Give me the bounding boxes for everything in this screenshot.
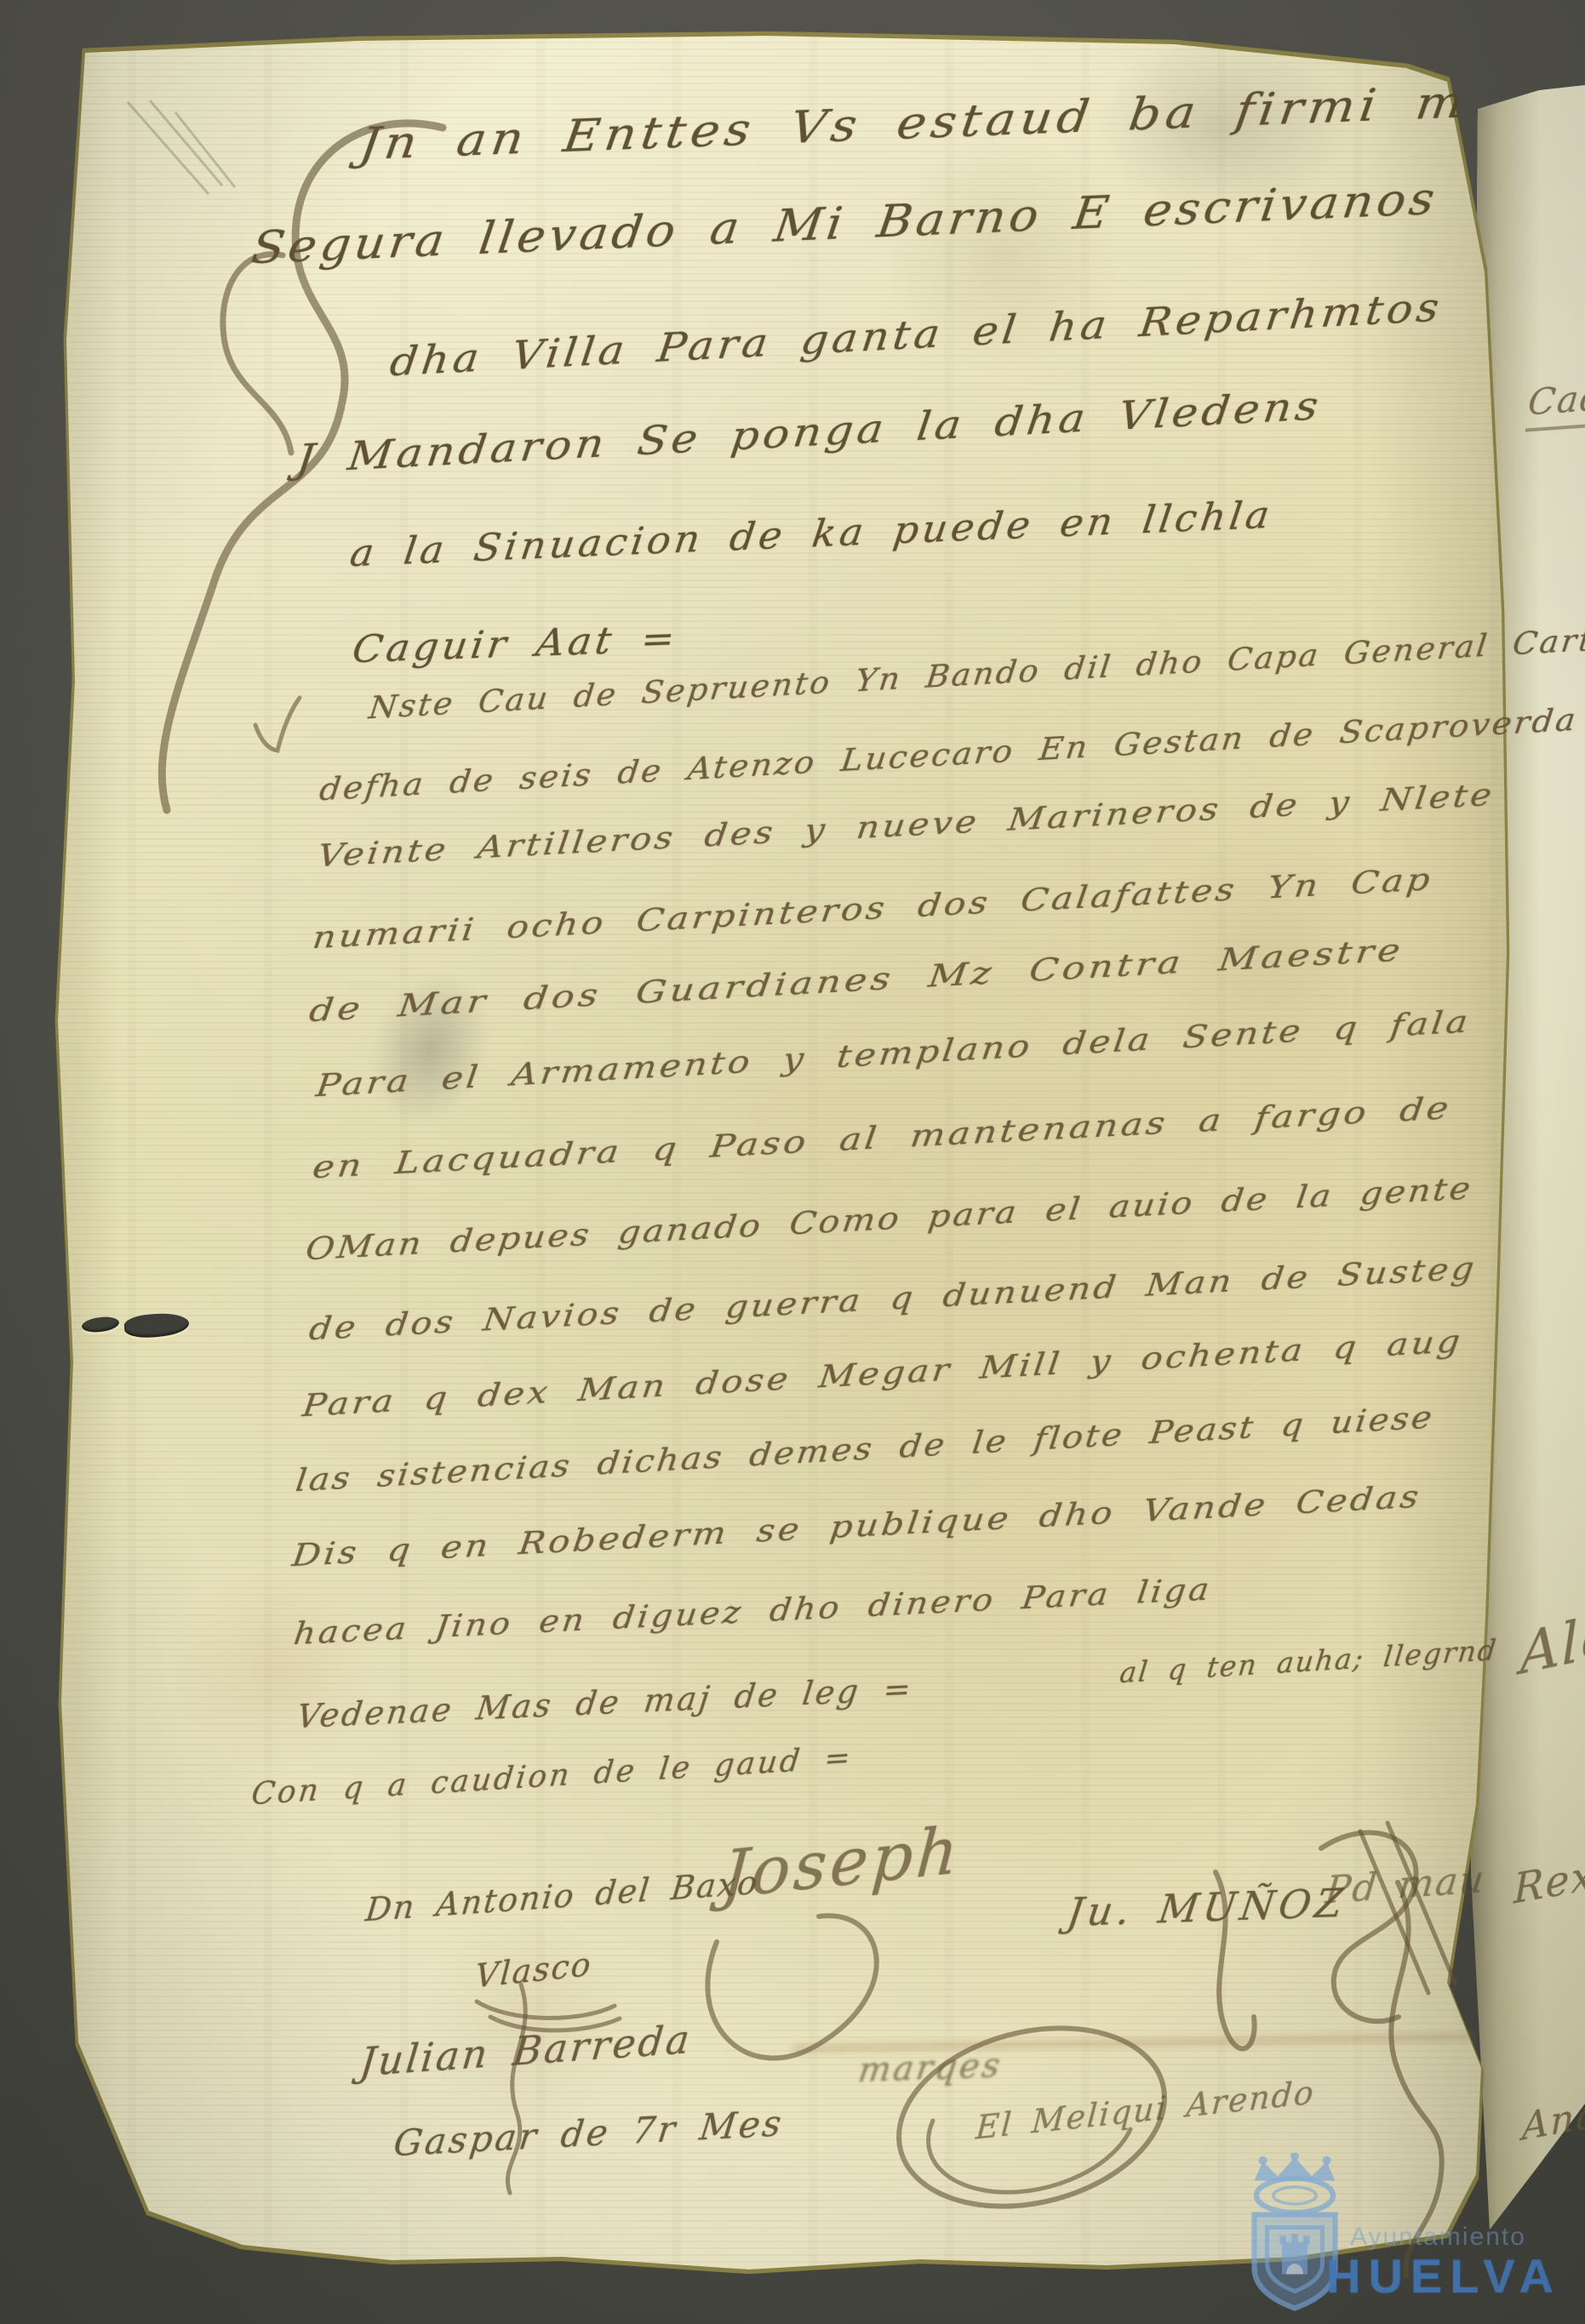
watermark-org-label: Ayuntamiento <box>1350 2223 1526 2252</box>
signature: marqes <box>855 2046 1004 2090</box>
watermark-city-label: HUELVA <box>1326 2248 1561 2304</box>
facing-page-fragment: Cad <box>1525 376 1585 432</box>
manuscript-scan: CadAleRexAna Jn an Enttes Vs estaud ba f… <box>0 0 1585 2324</box>
huelva-watermark: Ayuntamiento HUELVA <box>1224 2124 1582 2324</box>
